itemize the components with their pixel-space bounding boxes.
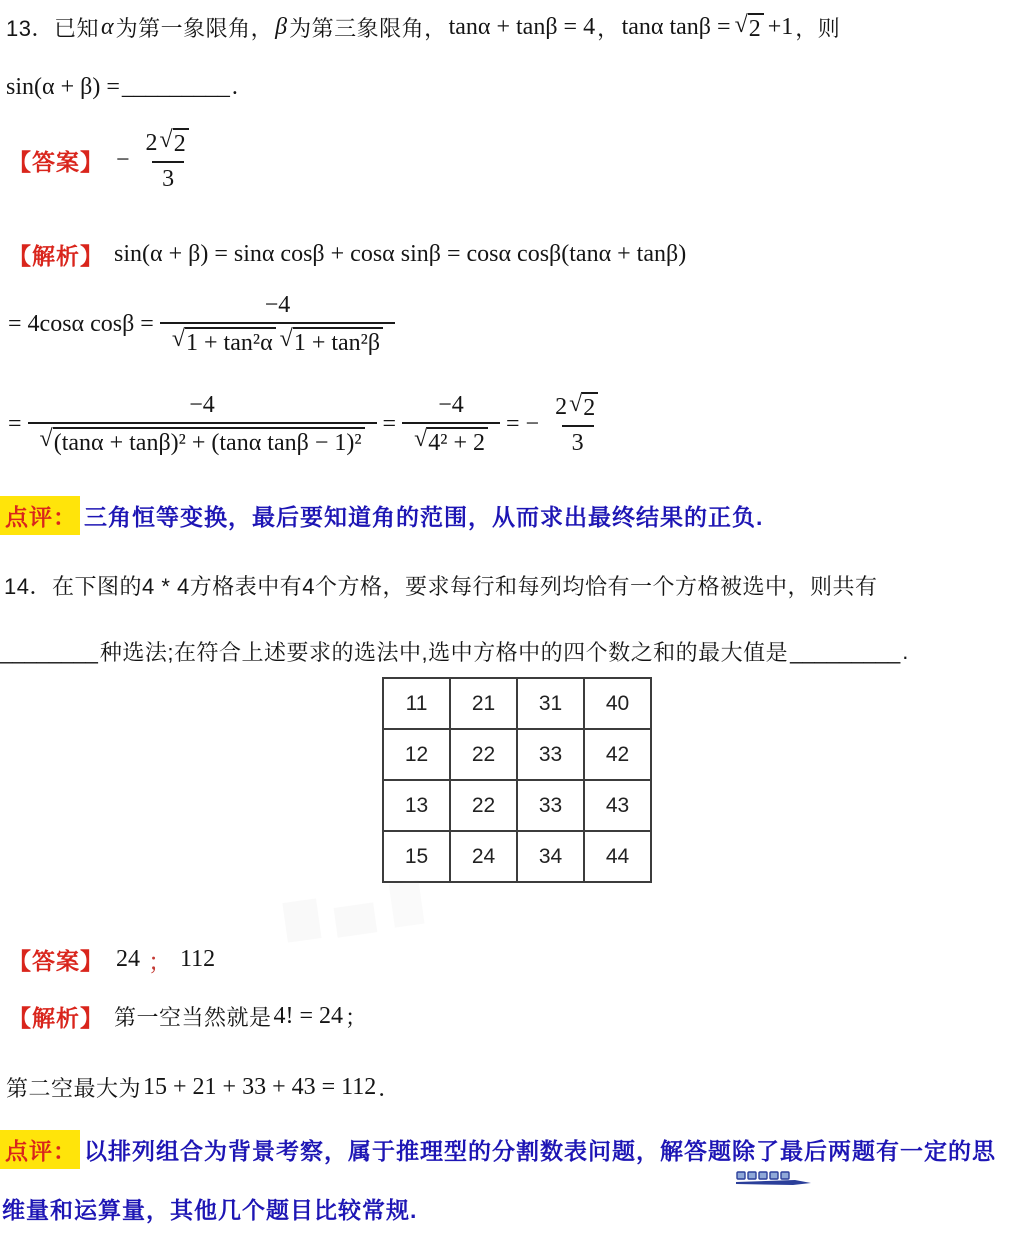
fraction-numerator: −4 bbox=[255, 292, 301, 322]
radical-body: 2 bbox=[582, 392, 598, 422]
grid-cell: 34 bbox=[517, 831, 584, 882]
question-13-line-2: sin(α + β) = _________ . bbox=[6, 74, 238, 101]
grid-row: 11 21 31 40 bbox=[383, 678, 651, 729]
radical-1-plus-tan2-beta: √1 + tan²β bbox=[280, 327, 383, 357]
radical-body: (tanα + tanβ)² + (tanα tanβ − 1)² bbox=[53, 427, 365, 457]
analysis-label: 【解析】 bbox=[8, 238, 104, 271]
analysis-label: 【解析】 bbox=[8, 1000, 104, 1033]
fraction-denominator: 3 bbox=[152, 161, 184, 193]
answer-13-block: 【答案】 − 2√2 3 bbox=[8, 128, 205, 193]
equation-head: = 4cosα cosβ = bbox=[8, 311, 154, 338]
grid-cell: 42 bbox=[584, 729, 651, 780]
answer-label: 【答案】 bbox=[8, 943, 104, 976]
red-semicolon: ； bbox=[148, 942, 172, 977]
radical-sign: √ bbox=[735, 13, 748, 37]
question-13-line-1: 13．已知 α 为第一象限角， β 为第三象限角， tanα + tanβ = … bbox=[6, 12, 840, 43]
radical-sign: √ bbox=[280, 327, 293, 351]
radical-sqrt2: √2 bbox=[160, 128, 189, 158]
grid-cell: 22 bbox=[450, 780, 517, 831]
grid-cell: 43 bbox=[584, 780, 651, 831]
comment-14-text: 以排列组合为背景考察，属于推理型的分割数表问题，解答题除了最后两题有一定的思 bbox=[84, 1133, 996, 1166]
number-grid-table: 11 21 31 40 12 22 33 42 13 22 33 43 15 2… bbox=[382, 677, 652, 883]
radical-sign: √ bbox=[160, 128, 173, 152]
sin-expression: sin(α + β) = bbox=[6, 74, 120, 101]
grid-row: 15 24 34 44 bbox=[383, 831, 651, 882]
semicolon: ； bbox=[345, 1001, 368, 1032]
radical-1-plus-tan2-alpha: √1 + tan²α bbox=[172, 327, 276, 357]
analysis-14-text: 第二空最大为 bbox=[6, 1072, 141, 1103]
radical-sign: √ bbox=[569, 392, 582, 416]
analysis-14-text: 第一空当然就是 bbox=[114, 1001, 272, 1032]
fraction-numerator: 2√2 bbox=[545, 392, 610, 425]
analysis-13-line-1: 【解析】 sin(α + β) = sinα cosβ + cosα sinβ … bbox=[8, 238, 686, 271]
comment-13-text: 三角恒等变换，最后要知道角的范围，从而求出最终结果的正负. bbox=[84, 499, 763, 532]
period: . bbox=[232, 74, 238, 101]
grid-cell: 11 bbox=[383, 678, 450, 729]
analysis-14-line-2: 第二空最大为 15 + 21 + 33 + 43 = 112 ． bbox=[6, 1072, 401, 1103]
grid-row: 13 22 33 43 bbox=[383, 780, 651, 831]
factorial-equation: 4! = 24 bbox=[274, 1003, 344, 1030]
answer-blank: ________ bbox=[0, 639, 98, 665]
analysis-13-line-3: = −4 √(tanα + tanβ)² + (tanα tanβ − 1)² … bbox=[8, 392, 614, 457]
radical-16-plus-2: √4² + 2 bbox=[414, 427, 488, 457]
answer-14-block: 【答案】 24 ； 112 bbox=[8, 942, 215, 977]
fraction-denominator: √1 + tan²α √1 + tan²β bbox=[160, 322, 395, 357]
grid-cell: 33 bbox=[517, 729, 584, 780]
grid-cell: 22 bbox=[450, 729, 517, 780]
answer-label: 【答案】 bbox=[8, 144, 104, 177]
radical-sqrt2: √2 bbox=[569, 392, 598, 422]
grid-cell: 12 bbox=[383, 729, 450, 780]
question-14-text: 种选法;在符合上述要求的选法中,选中方格中的四个数之和的最大值是 bbox=[100, 636, 788, 667]
coefficient: 2 bbox=[146, 130, 158, 157]
coefficient: 2 bbox=[555, 394, 567, 421]
period: ． bbox=[378, 1072, 401, 1103]
grid-cell: 40 bbox=[584, 678, 651, 729]
question-13-text: ，则 bbox=[795, 12, 840, 43]
fraction-expanded-denominator: −4 √(tanα + tanβ)² + (tanα tanβ − 1)² bbox=[28, 392, 377, 457]
answer-blank: _________ bbox=[790, 639, 900, 665]
radical-body: 2 bbox=[748, 13, 764, 43]
fraction-denominator: √(tanα + tanβ)² + (tanα tanβ − 1)² bbox=[28, 422, 377, 457]
fraction-numerator: −4 bbox=[179, 392, 225, 422]
radical-sign: √ bbox=[172, 327, 185, 351]
grid-cell: 31 bbox=[517, 678, 584, 729]
minus-sign: − bbox=[116, 147, 130, 174]
comment-13-block: 点评： 三角恒等变换，最后要知道角的范围，从而求出最终结果的正负. bbox=[0, 496, 763, 535]
radical-body: 4² + 2 bbox=[427, 427, 488, 457]
grid-cell: 13 bbox=[383, 780, 450, 831]
analysis-13-line-2: = 4cosα cosβ = −4 √1 + tan²α √1 + tan²β bbox=[8, 292, 399, 357]
comma: ， bbox=[597, 12, 620, 43]
beta-symbol: β bbox=[275, 14, 287, 41]
equals-sign: = bbox=[383, 411, 397, 438]
faint-watermark bbox=[262, 871, 479, 962]
question-14-line-1: 14．在下图的4 * 4方格表中有4个方格，要求每行和每列均恰有一个方格被选中，… bbox=[4, 570, 877, 601]
comment-14-line-2: 维量和运算量，其他几个题目比较常规. bbox=[2, 1192, 417, 1225]
comment-14-line-1: 点评： 以排列组合为背景考察，属于推理型的分割数表问题，解答题除了最后两题有一定… bbox=[0, 1130, 996, 1169]
grid-cell: 21 bbox=[450, 678, 517, 729]
answer-value-1: 24 bbox=[116, 946, 140, 973]
question-13-text: 为第三象限角， bbox=[289, 12, 447, 43]
equation-tan-sum: tanα + tanβ = 4 bbox=[449, 14, 596, 41]
radical-body: 2 bbox=[173, 128, 189, 158]
comment-label-highlighted: 点评： bbox=[0, 496, 80, 535]
fraction-denominator: 3 bbox=[562, 425, 594, 457]
radical-sum-of-squares: √(tanα + tanβ)² + (tanα tanβ − 1)² bbox=[40, 427, 365, 457]
grid-cell: 33 bbox=[517, 780, 584, 831]
equals-sign: = bbox=[8, 411, 22, 438]
answer-fraction: 2√2 3 bbox=[136, 128, 201, 193]
answer-value-2: 112 bbox=[180, 946, 215, 973]
sum-equation: 15 + 21 + 33 + 43 = 112 bbox=[143, 1074, 376, 1101]
fraction-numerator: 2√2 bbox=[136, 128, 201, 161]
train-watermark-icon bbox=[735, 1170, 817, 1188]
equation-tan-product: tanα tanβ = bbox=[622, 14, 731, 41]
period: . bbox=[902, 639, 909, 665]
equals-minus: = − bbox=[506, 411, 539, 438]
radical-body: 1 + tan²α bbox=[185, 327, 276, 357]
question-14-line-2: ________ 种选法;在符合上述要求的选法中,选中方格中的四个数之和的最大值… bbox=[0, 636, 909, 667]
fraction-denominator: √4² + 2 bbox=[402, 422, 500, 457]
radical-sign: √ bbox=[40, 427, 53, 451]
grid-row: 12 22 33 42 bbox=[383, 729, 651, 780]
fraction-cos-product: −4 √1 + tan²α √1 + tan²β bbox=[160, 292, 395, 357]
radical-body: 1 + tan²β bbox=[293, 327, 383, 357]
equation-tail: +1 bbox=[768, 14, 794, 41]
analysis-14-line-1: 【解析】 第一空当然就是 4! = 24 ； bbox=[8, 1000, 368, 1033]
grid-cell: 44 bbox=[584, 831, 651, 882]
fraction-numeric: −4 √4² + 2 bbox=[402, 392, 500, 457]
alpha-symbol: α bbox=[101, 14, 114, 41]
radical-sign: √ bbox=[414, 427, 427, 451]
fraction-numerator: −4 bbox=[428, 392, 474, 422]
question-13-text: 为第一象限角， bbox=[116, 12, 274, 43]
radical-sqrt2: √2 bbox=[735, 13, 764, 43]
answer-blank: _________ bbox=[122, 74, 230, 101]
question-14-text: 14．在下图的4 * 4方格表中有4个方格，要求每行和每列均恰有一个方格被选中，… bbox=[4, 570, 877, 601]
fraction-result: 2√2 3 bbox=[545, 392, 610, 457]
identity-expansion: sin(α + β) = sinα cosβ + cosα sinβ = cos… bbox=[114, 241, 686, 268]
comment-14-text: 维量和运算量，其他几个题目比较常规. bbox=[2, 1192, 417, 1225]
question-13-number-text: 13．已知 bbox=[6, 12, 99, 43]
comment-label-highlighted: 点评： bbox=[0, 1130, 80, 1169]
